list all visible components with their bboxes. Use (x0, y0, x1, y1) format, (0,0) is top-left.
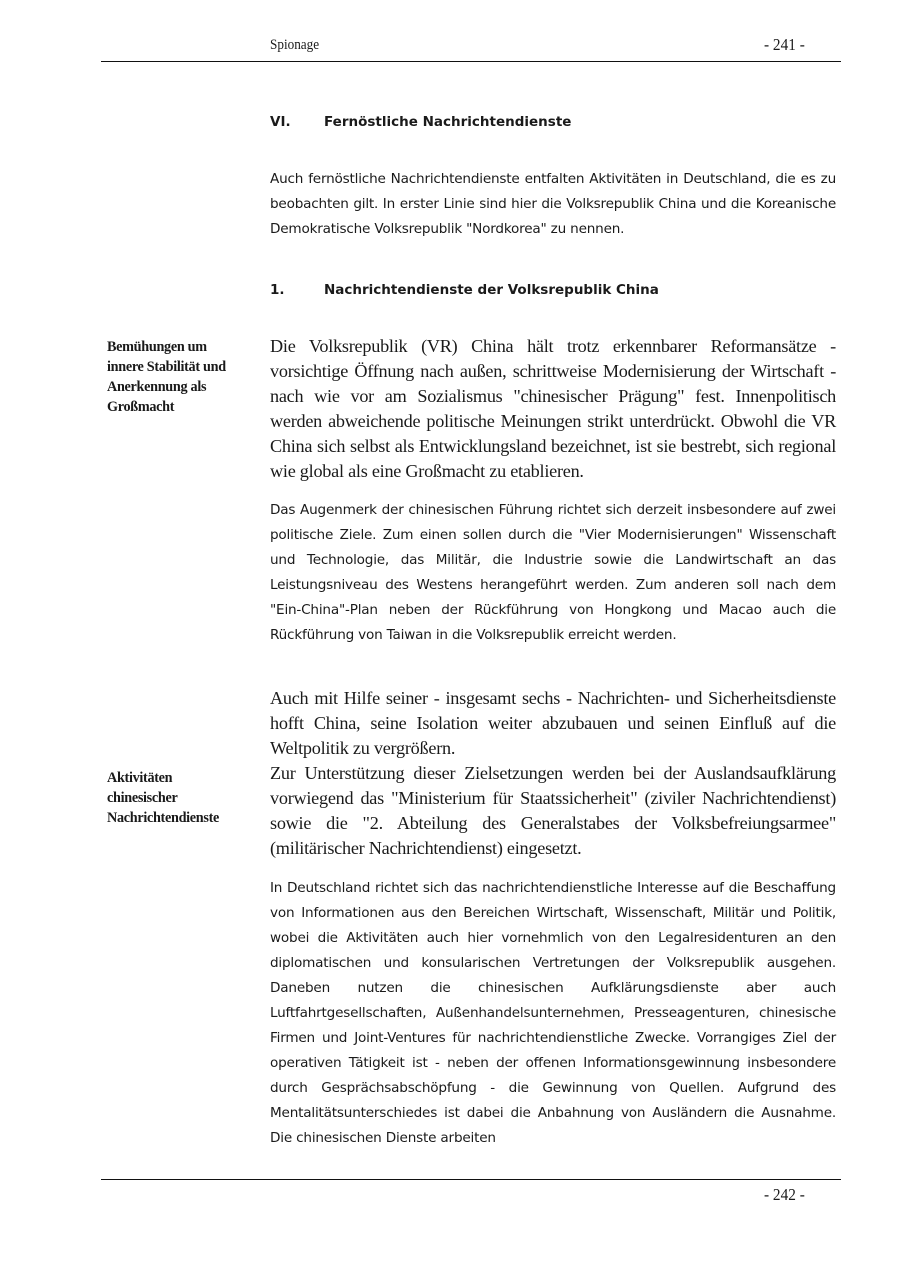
paragraph-intelligence-services: Auch mit Hilfe seiner - insgesamt sechs … (270, 686, 836, 761)
paragraph-foreign-intelligence: Zur Unterstützung dieser Zielsetzungen w… (270, 761, 836, 861)
margin-note-stability: Bemühungen um innere Stabilität und Aner… (107, 337, 257, 417)
section-title: Fernöstliche Nachrichtendienste (324, 114, 571, 130)
section-number: VI. (270, 114, 291, 130)
header-rule (101, 61, 841, 62)
header-page-number: - 241 - (764, 35, 805, 55)
paragraph-political-goals: Das Augenmerk der chinesischen Führung r… (270, 498, 836, 648)
footer-rule (101, 1179, 841, 1180)
subsection-title: Nachrichtendienste der Volksrepublik Chi… (324, 282, 659, 298)
margin-note-activities: Aktivitäten chinesischer Nachrichtendien… (107, 768, 257, 828)
running-header-title: Spionage (270, 37, 319, 54)
subsection-number: 1. (270, 282, 285, 298)
footer-page-number: - 242 - (764, 1185, 805, 1205)
paragraph-germany-interest: In Deutschland richtet sich das nachrich… (270, 876, 836, 1151)
section-intro-paragraph: Auch fernöstliche Nachrichtendienste ent… (270, 167, 836, 242)
paragraph-china-policy: Die Volksrepublik (VR) China hält trotz … (270, 334, 836, 484)
